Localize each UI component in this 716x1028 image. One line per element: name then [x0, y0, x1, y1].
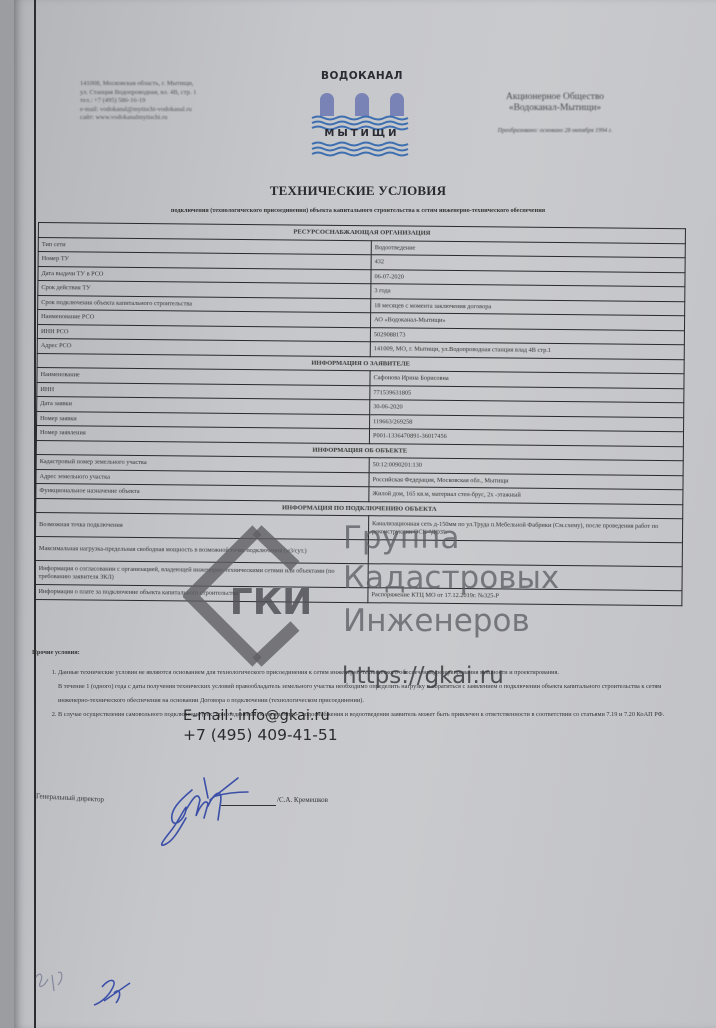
org-name-block: Акционерное Общество «Водоканал-Мытищи» …: [455, 92, 655, 137]
document-title: ТЕХНИЧЕСКИЕ УСЛОВИЯ: [0, 183, 716, 199]
document-subtitle: подключения (технологического присоедине…: [40, 207, 676, 214]
logo-text-top: ВОДОКАНАЛ: [308, 70, 416, 82]
rso-contact-block: 141008, Московская область, г. Мытищи, у…: [80, 80, 280, 123]
handwritten-initials-icon: [30, 965, 160, 1025]
other-conditions: Прочие условия: Данные технические услов…: [32, 646, 692, 722]
row-label: Информация о плате за подключение объект…: [35, 584, 368, 602]
org-name-line2: «Водоканал-Мытищи»: [455, 103, 655, 114]
row-value: [368, 540, 682, 567]
org-name-line1: Акционерное Общество: [455, 92, 655, 103]
contact-line: 141008, Московская область, г. Мытищи,: [80, 80, 280, 89]
logo-arches-waves-icon: [308, 84, 416, 164]
org-registered: Преобразовано: основано 28 октября 1994 …: [455, 126, 655, 137]
row-value: Распоряжение КТЦ МО от 17.12.2019г. №325…: [368, 588, 682, 606]
row-label: Возможная точка подключения: [35, 512, 368, 539]
condition-item: Данные технические условия не являются о…: [58, 666, 692, 708]
row-value: Канализационная сеть д-150мм по ул.Труда…: [368, 516, 682, 543]
row-label: Максимальная нагрузка-предельная свободн…: [35, 536, 368, 563]
vodokanal-logo: ВОДОКАНАЛ МЫТИЩИ: [308, 70, 416, 162]
row-label: Информация о согласовании с организацией…: [35, 560, 368, 587]
contact-line: e-mail: vodokanal@mytischi-vodokanal.ru: [80, 106, 280, 115]
handwritten-signature-icon: [150, 770, 290, 850]
contact-line: тел.: +7 (495) 586-16-19: [80, 97, 280, 106]
contact-line: ул. Станция Водопроводная, вл. 4В, стр. …: [80, 89, 280, 98]
contact-line: сайт: www.vodokanalmytischi.ru: [80, 114, 280, 123]
other-conditions-heading: Прочие условия:: [32, 646, 692, 660]
condition-item: В случае осуществления самовольного подк…: [58, 708, 692, 722]
row-value: [368, 564, 682, 591]
technical-conditions-table: РЕСУРСОСНАБЖАЮЩАЯ ОРГАНИЗАЦИЯТип сетиВод…: [34, 222, 686, 606]
logo-text-bottom: МЫТИЩИ: [314, 128, 410, 139]
